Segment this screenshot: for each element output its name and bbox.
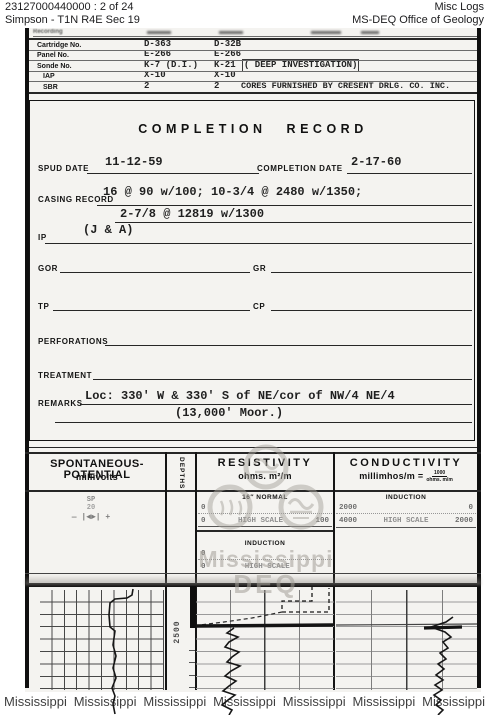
ip-note: (J & A) — [83, 224, 133, 238]
conductivity-scale-row1: 2000 0 — [336, 505, 476, 513]
scale-left: 0 — [201, 518, 206, 526]
equipment-label: Panel No. — [37, 52, 69, 59]
equipment-value-2: 2 — [214, 82, 219, 91]
scale-right: 0 — [468, 505, 473, 513]
equipment-label: Cartridge No. — [37, 42, 81, 49]
conductivity-track-subtitle: millimhos/m = 1000 ohms. m/m — [335, 470, 477, 483]
conductivity-scale-row2: 4000 HIGH SCALE 2000 — [336, 518, 476, 526]
scanned-document: Recording Cartridge No.D-363D-32BPanel N… — [25, 28, 481, 692]
resistivity-normal-label: 16″ NORMAL — [197, 495, 333, 502]
scale-right: 2000 — [455, 518, 473, 526]
tp-label: TP — [38, 303, 49, 311]
equipment-value-1: E-266 — [144, 50, 171, 59]
perforations-label: PERFORATIONS — [38, 338, 108, 346]
footer-watermark-item: Mississippi — [4, 694, 67, 714]
scale-right: 100 — [315, 518, 329, 526]
depths-title-text: DEPTHS — [177, 457, 184, 489]
equipment-note: CORES FURNISHED BY CRESENT DRLG. CO. INC… — [241, 82, 450, 91]
resistivity-high-scale-row: 0 HIGH SCALE 100 — [198, 518, 332, 526]
spud-date-value: 11-12-59 — [105, 156, 163, 170]
gr-label: GR — [253, 265, 266, 273]
sp-scale-top: SP — [81, 497, 101, 504]
footer-watermark-item: Mississippi — [143, 694, 206, 714]
watermark-text-line2: DEQ — [166, 571, 366, 597]
sp-track-subtitle: millivolts — [29, 473, 165, 482]
equipment-value-2-boxed: ( DEEP INVESTIGATION) — [244, 61, 357, 70]
treatment-label: TREATMENT — [38, 372, 92, 380]
document-location: Simpson - T1N R4E Sec 19 — [5, 14, 140, 27]
scale-left: 0 — [201, 505, 206, 513]
equipment-value-2: K-21 — [214, 61, 236, 70]
ip-label: IP — [38, 234, 47, 242]
viewer-header: 23127000440000 : 2 of 24 Simpson - T1N R… — [0, 0, 489, 28]
document-id: 23127000440000 : 2 of 24 — [5, 1, 140, 14]
cp-label: CP — [253, 303, 265, 311]
casing-record-line2: 2-7/8 @ 12819 w/1300 — [120, 208, 264, 222]
equipment-label: Sonde No. — [37, 63, 72, 70]
scale-left: 2000 — [339, 505, 357, 513]
resistivity-normal-scale-row1: 0 — [198, 505, 332, 513]
conductivity-induction-label: INDUCTION — [335, 495, 477, 502]
equipment-label: SBR — [43, 84, 58, 91]
conductivity-track-title: CONDUCTIVITY — [335, 458, 477, 469]
agency-name: MS-DEQ Office of Geology — [352, 14, 484, 27]
equipment-value-1: 2 — [144, 82, 149, 91]
scanned-log-page: 23127000440000 : 2 of 24 Simpson - T1N R… — [0, 0, 489, 715]
resistivity-track-subtitle: ohms. m²/m — [197, 472, 333, 481]
conductivity-subtitle-fraction: 1000 ohms. m/m — [426, 470, 452, 483]
resistivity-track-grid — [196, 590, 334, 690]
spud-date-label: SPUD DATE — [38, 165, 89, 173]
casing-record-line1: 16 @ 90 w/100; 10-3/4 @ 2480 w/1350; — [103, 186, 362, 200]
sp-scale-value: 20 — [81, 505, 101, 512]
equipment-value-1: X-10 — [144, 71, 166, 80]
conductivity-track-grid — [336, 590, 477, 690]
footer-watermark-item: Mississippi — [422, 694, 485, 714]
watermark-text-line1: Mississippi — [166, 548, 366, 571]
paper-right-border — [477, 28, 481, 688]
sp-track-grid — [40, 590, 164, 690]
completion-date-value: 2-17-60 — [351, 156, 401, 170]
equipment-value-2: E-266 — [214, 50, 241, 59]
remarks-label: REMARKS — [38, 400, 83, 408]
equipment-value-2: D-32B — [214, 40, 241, 49]
fraction-denominator: ohms. m/m — [426, 477, 452, 483]
scale-center: HIGH SCALE — [238, 518, 283, 526]
completion-date-label: COMPLETION DATE — [257, 165, 343, 173]
footer-watermark-item: Mississippi — [283, 694, 346, 714]
depths-column-title: DEPTHS — [166, 456, 195, 490]
footer-watermarks: MississippiMississippiMississippiMississ… — [0, 694, 489, 714]
document-category: Misc Logs — [352, 1, 484, 14]
equipment-value-2: X-10 — [214, 71, 236, 80]
scale-center: HIGH SCALE — [383, 518, 428, 526]
resistivity-track-title: RESISTIVITY — [197, 458, 333, 469]
equipment-value-1: K-7 (D.I.) — [144, 61, 198, 70]
equipment-label: IAP — [43, 73, 55, 80]
sp-scale-marker: — |◄►| + — [51, 514, 131, 522]
fraction-numerator: 1000 — [432, 470, 447, 477]
depth-value-label: 2500 — [174, 620, 182, 644]
equipment-table: Cartridge No.D-363D-32BPanel No.E-266E-2… — [25, 28, 481, 94]
remarks-line1: Loc: 330' W & 330' S of NE/cor of NW/4 N… — [85, 390, 395, 404]
remarks-line2: (13,000' Moor.) — [175, 407, 283, 421]
footer-watermark-item: Mississippi — [213, 694, 276, 714]
footer-watermark-item: Mississippi — [352, 694, 415, 714]
equipment-value-1: D-363 — [144, 40, 171, 49]
footer-watermark-item: Mississippi — [74, 694, 137, 714]
conductivity-subtitle-main: millimhos/m = — [359, 472, 423, 481]
completion-record-title: COMPLETION RECORD — [29, 122, 477, 136]
gor-label: GOR — [38, 265, 58, 273]
scale-left: 4000 — [339, 518, 357, 526]
